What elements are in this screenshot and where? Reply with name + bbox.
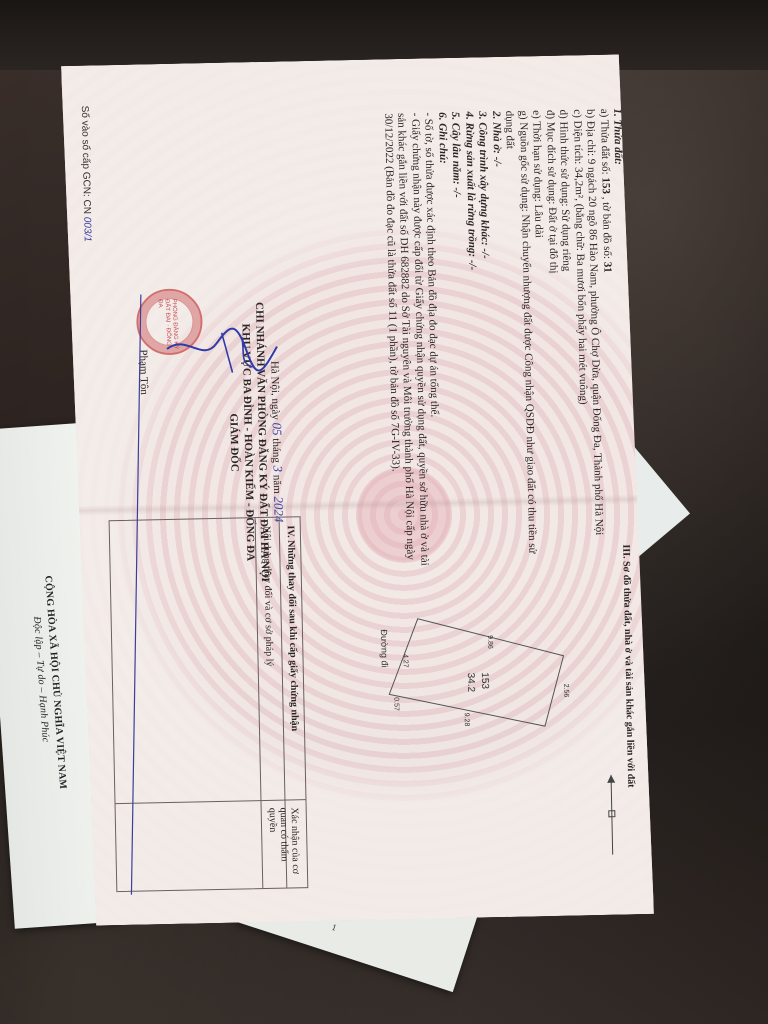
register-number: 003/1 xyxy=(81,217,93,242)
parcel-label: a) Thửa đất số: xyxy=(598,109,611,175)
parcel-number: 153 xyxy=(600,177,612,194)
changes-content-header: Nội dung thay đổi và cơ sở pháp lý xyxy=(261,526,275,667)
month-label: tháng xyxy=(270,438,283,463)
authority-confirmation-header: Xác nhận của cơ quan có thẩm quyền xyxy=(267,807,302,883)
road-label: Đường đi xyxy=(379,629,390,667)
edge-length: 2.56 xyxy=(562,684,569,698)
sketch-parcel-area: 34.2 xyxy=(465,673,476,693)
area-label: c) Diện tích: xyxy=(571,109,584,164)
edge-length: 9.28 xyxy=(463,713,470,727)
section3-title: III. Sơ đồ thửa đất, nhà ở và tài sản kh… xyxy=(620,544,639,904)
register-label: Số vào sổ cấp GCN: CN xyxy=(79,106,92,215)
register-number-line: Số vào sổ cấp GCN: CN 003/1 xyxy=(79,106,95,366)
edge-length: 9.86 xyxy=(486,635,493,649)
land-use-certificate: Số vào sổ cấp GCN: CN 003/1 II. Thửa đất… xyxy=(61,54,654,926)
section4-title: IV. Những thay đổi sau khi cấp giấy chứn… xyxy=(285,525,300,731)
edge-length: 0.57 xyxy=(392,697,399,711)
date-month: 3 xyxy=(270,465,285,472)
year-label: năm xyxy=(271,475,283,494)
edge-length: 4.27 xyxy=(401,654,408,668)
map-sheet-number: 31 xyxy=(601,262,613,273)
map-sheet-label: , tờ bản đồ số: xyxy=(600,197,613,260)
under-sheet-fragment: 1 xyxy=(331,922,338,933)
sketch-parcel-id: 153 xyxy=(479,672,490,689)
north-arrow-icon xyxy=(601,775,623,855)
parcel-sketch-map: 153 34.2 9.86 2.56 9.28 0.57 4.27 Đường … xyxy=(362,585,615,750)
section-land-details: II. Thửa đất, nhà ở và tài sản khác gắn … xyxy=(380,94,646,579)
